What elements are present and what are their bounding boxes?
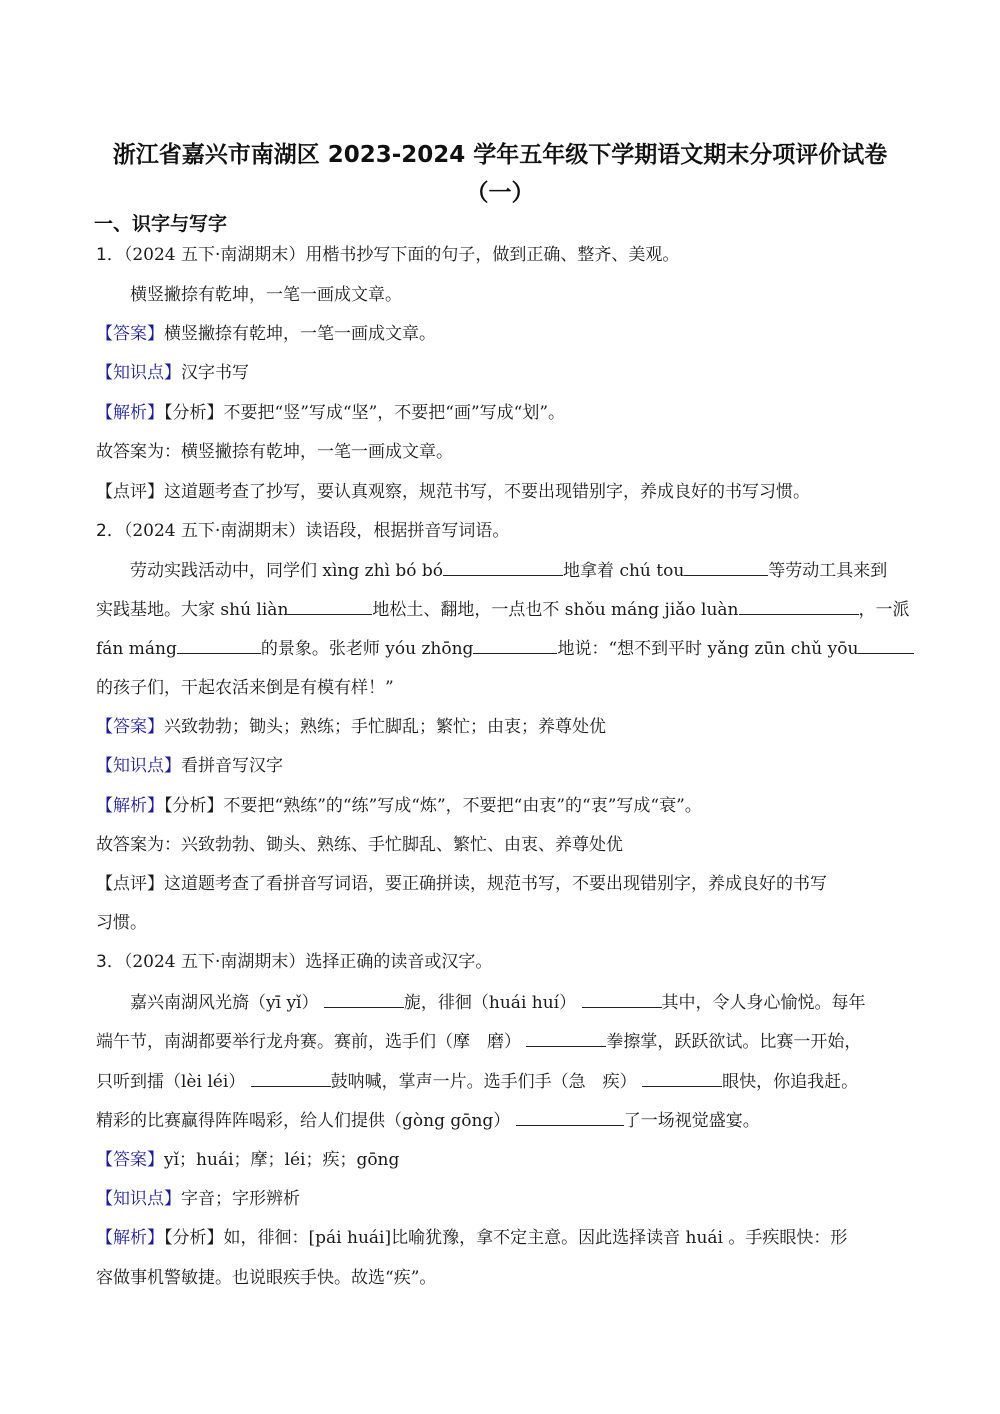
- knowledge-text: 汉字书写: [181, 363, 249, 383]
- so-answer-text: 兴致勃勃、锄头、熟练、手忙脚乱、繁忙、由衷、养尊处优: [181, 835, 623, 855]
- question-3-passage-line: 端午节，南湖都要举行龙舟赛。赛前，选手们（摩 磨） 拳擦掌，跃跃欲试。比赛一开始…: [96, 1030, 861, 1053]
- question-2-comment: 【点评】这道题考查了看拼音写词语，要正确拼读，规范书写，不要出现错别字，养成良好…: [96, 873, 827, 895]
- fenxi-tag: 【分析】: [164, 403, 224, 423]
- analysis-text: 不要把“竖”写成“坚”，不要把“画”写成“划”。: [224, 403, 566, 423]
- question-1-so-answer: 故答案为：横竖撇捺有乾坤，一笔一画成文章。: [96, 441, 453, 463]
- answer-tag: 【答案】: [96, 324, 164, 344]
- so-answer-text: 横竖撇捺有乾坤，一笔一画成文章。: [181, 442, 453, 462]
- question-source: （2024 五下·南湖期末）: [124, 245, 306, 265]
- question-2-answer: 【答案】兴致勃勃；锄头；熟练；手忙脚乱；繁忙；由衷；养尊处优: [96, 716, 606, 738]
- answer-blank[interactable]: [324, 991, 404, 1008]
- analysis-tag: 【解析】: [96, 403, 164, 423]
- question-2-knowledge: 【知识点】看拼音写汉字: [96, 755, 283, 777]
- document-title-subtitle: （一）: [0, 174, 1000, 207]
- question-1-content: 横竖撇捺有乾坤，一笔一画成文章。: [130, 284, 402, 306]
- question-2-passage-line: 劳动实践活动中，同学们 xìng zhì bó bó地拿着 chú tou等劳动…: [130, 559, 887, 582]
- question-2-comment-cont: 习惯。: [96, 912, 147, 934]
- answer-blank[interactable]: [642, 1070, 722, 1087]
- comment-tag: 【点评】: [96, 874, 164, 894]
- analysis-text: 不要把“熟练”的“练”写成“炼”，不要把“由衷”的“衷”写成“衰”。: [224, 796, 702, 816]
- question-1-analysis: 【解析】【分析】不要把“竖”写成“坚”，不要把“画”写成“划”。: [96, 402, 565, 424]
- analysis-text: 如，徘徊：[pái huái]比喻犹豫，拿不定主意。因此选择读音 huái 。手…: [224, 1228, 848, 1248]
- section-heading: 一、识字与写字: [94, 209, 227, 236]
- question-3-passage-line: 嘉兴南湖风光旖（yī yǐ） 旎，徘徊（huái huí） 其中，令人身心愉悦。…: [130, 991, 866, 1014]
- knowledge-text: 看拼音写汉字: [181, 756, 283, 776]
- question-number: 3．: [96, 952, 124, 972]
- answer-text: yǐ；huái；摩；léi；疾；gōng: [164, 1150, 399, 1170]
- analysis-tag: 【解析】: [96, 1228, 164, 1248]
- question-3-analysis: 【解析】【分析】如，徘徊：[pái huái]比喻犹豫，拿不定主意。因此选择读音…: [96, 1227, 847, 1249]
- answer-tag: 【答案】: [96, 717, 164, 737]
- comment-tag: 【点评】: [96, 482, 164, 502]
- question-source: （2024 五下·南湖期末）: [124, 952, 306, 972]
- question-number: 2．: [96, 521, 124, 541]
- knowledge-text: 字音；字形辨析: [181, 1189, 300, 1209]
- answer-blank[interactable]: [684, 559, 768, 576]
- question-prompt: 选择正确的读音或汉字。: [305, 952, 492, 972]
- answer-tag: 【答案】: [96, 1150, 164, 1170]
- question-3-knowledge: 【知识点】字音；字形辨析: [96, 1188, 300, 1210]
- answer-blank[interactable]: [473, 637, 557, 654]
- knowledge-tag: 【知识点】: [96, 1189, 181, 1209]
- answer-blank[interactable]: [858, 637, 914, 654]
- question-2-passage-line: fán máng的景象。张老师 yóu zhōng地说：“想不到平时 yǎng …: [96, 637, 914, 660]
- question-prompt: 用楷书抄写下面的句子，做到正确、整齐、美观。: [305, 245, 679, 265]
- question-3-passage-line: 只听到擂（lèi léi） 鼓呐喊，掌声一片。选手们手（急 疾） 眼快，你追我赶…: [96, 1070, 858, 1093]
- answer-text: 横竖撇捺有乾坤，一笔一画成文章。: [164, 324, 436, 344]
- question-2-analysis: 【解析】【分析】不要把“熟练”的“练”写成“炼”，不要把“由衷”的“衷”写成“衰…: [96, 795, 702, 817]
- knowledge-tag: 【知识点】: [96, 756, 181, 776]
- question-3-answer: 【答案】yǐ；huái；摩；léi；疾；gōng: [96, 1149, 399, 1171]
- question-1-answer: 【答案】横竖撇捺有乾坤，一笔一画成文章。: [96, 323, 436, 345]
- answer-blank[interactable]: [526, 1030, 606, 1047]
- document-title: 浙江省嘉兴市南湖区 2023-2024 学年五年级下学期语文期末分项评价试卷: [0, 136, 1000, 169]
- answer-blank[interactable]: [288, 598, 372, 615]
- question-3-passage-line: 精彩的比赛赢得阵阵喝彩，给人们提供（gòng gōng） 了一场视觉盛宴。: [96, 1109, 760, 1132]
- document-page: 浙江省嘉兴市南湖区 2023-2024 学年五年级下学期语文期末分项评价试卷 （…: [0, 0, 1000, 1414]
- question-2-passage-line: 实践基地。大家 shú liàn地松土、翻地，一点也不 shǒu máng ji…: [96, 598, 910, 621]
- question-source: （2024 五下·南湖期末）: [124, 521, 306, 541]
- answer-text: 兴致勃勃；锄头；熟练；手忙脚乱；繁忙；由衷；养尊处优: [164, 717, 606, 737]
- answer-blank[interactable]: [177, 637, 261, 654]
- question-2-passage-line: 的孩子们，干起农活来倒是有模有样！”: [96, 677, 394, 699]
- question-2-header: 2．（2024 五下·南湖期末）读语段，根据拼音写词语。: [96, 520, 509, 542]
- answer-blank[interactable]: [516, 1109, 624, 1126]
- fenxi-tag: 【分析】: [164, 1228, 224, 1248]
- answer-blank[interactable]: [251, 1070, 331, 1087]
- answer-blank[interactable]: [443, 559, 563, 576]
- question-2-so-answer: 故答案为：兴致勃勃、锄头、熟练、手忙脚乱、繁忙、由衷、养尊处优: [96, 834, 623, 856]
- question-1-comment: 【点评】这道题考查了抄写，要认真观察，规范书写，不要出现错别字，养成良好的书写习…: [96, 481, 810, 503]
- answer-blank[interactable]: [739, 598, 859, 615]
- fenxi-tag: 【分析】: [164, 796, 224, 816]
- question-3-analysis-cont: 容做事机警敏捷。也说眼疾手快。故选“疾”。: [96, 1267, 436, 1289]
- question-prompt: 读语段，根据拼音写词语。: [305, 521, 509, 541]
- comment-text: 这道题考查了抄写，要认真观察，规范书写，不要出现错别字，养成良好的书写习惯。: [164, 482, 810, 502]
- answer-blank[interactable]: [582, 991, 662, 1008]
- question-1-knowledge: 【知识点】汉字书写: [96, 362, 249, 384]
- comment-text: 这道题考查了看拼音写词语，要正确拼读，规范书写，不要出现错别字，养成良好的书写: [164, 874, 827, 894]
- question-1-header: 1．（2024 五下·南湖期末）用楷书抄写下面的句子，做到正确、整齐、美观。: [96, 244, 679, 266]
- question-number: 1．: [96, 245, 124, 265]
- question-3-header: 3．（2024 五下·南湖期末）选择正确的读音或汉字。: [96, 951, 492, 973]
- analysis-tag: 【解析】: [96, 796, 164, 816]
- knowledge-tag: 【知识点】: [96, 363, 181, 383]
